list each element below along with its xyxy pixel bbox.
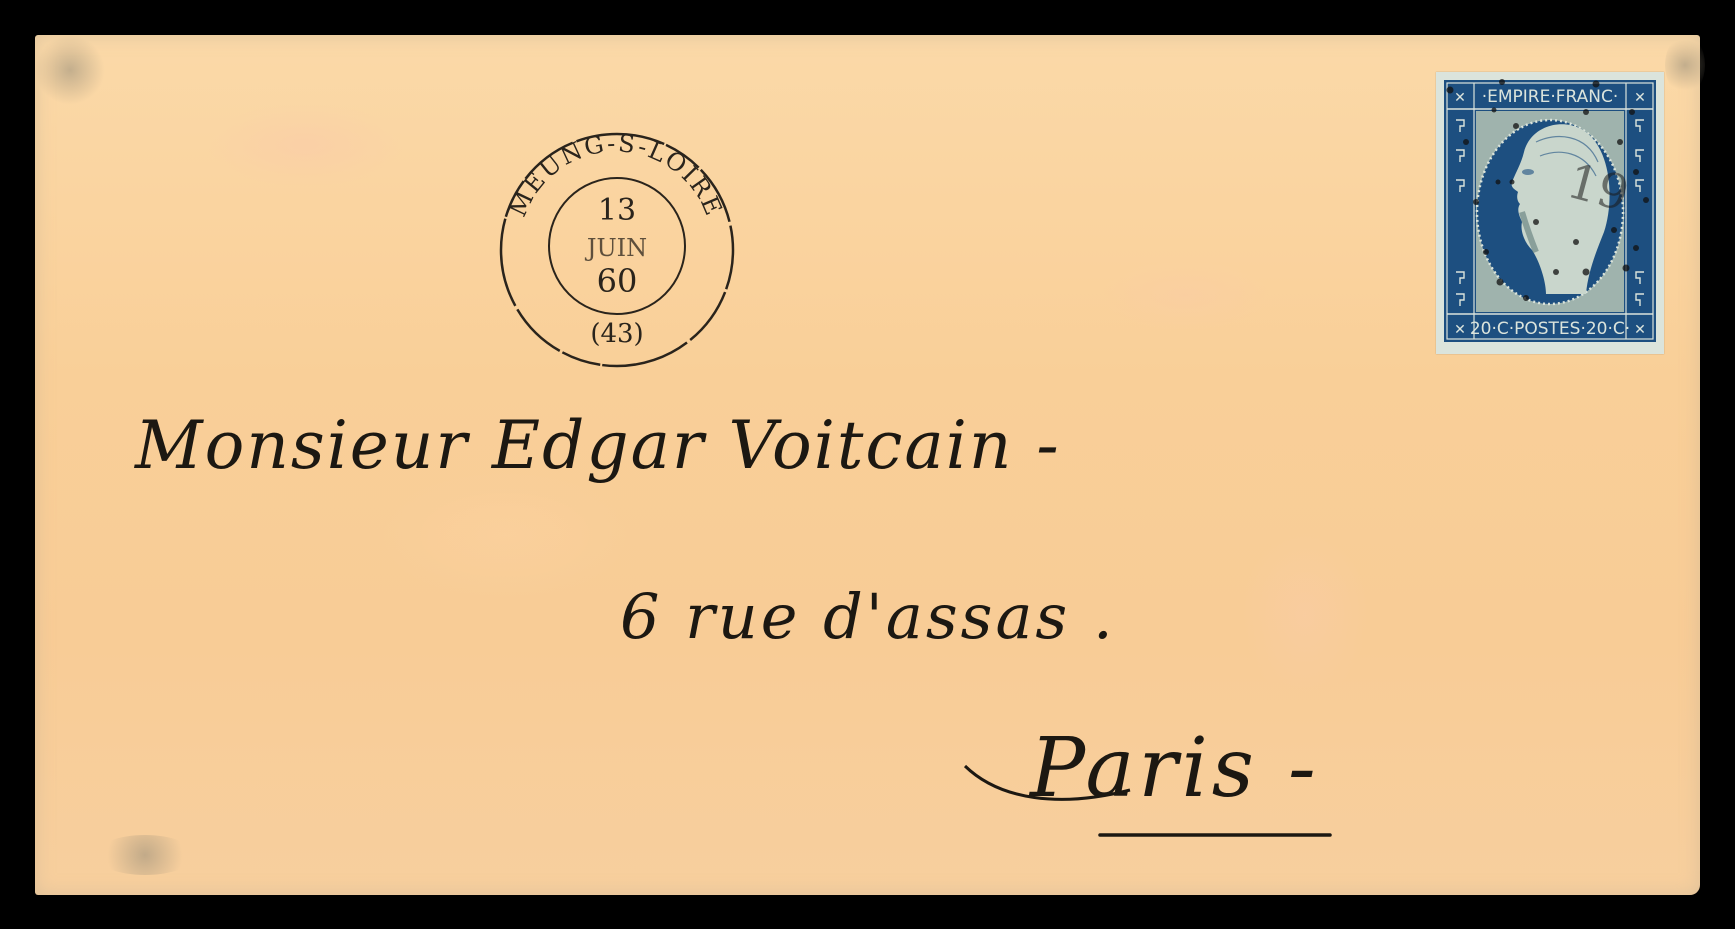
stamp-corner-ornament: ✕ <box>1634 90 1646 106</box>
postmark-department: (43) <box>590 319 643 349</box>
postage-stamp: ·EMPIRE·FRANC· ✕ ✕ 20·C·POSTES·20·C· ✕ ✕… <box>1436 72 1664 354</box>
stamp-corner-ornament: ✕ <box>1454 90 1466 106</box>
postmark-circles: MEUNG-S-LOIRE 13 JUIN 60 (43) <box>495 128 740 373</box>
stamp-design: ·EMPIRE·FRANC· ✕ ✕ 20·C·POSTES·20·C· ✕ ✕… <box>1436 72 1664 354</box>
postmark: MEUNG-S-LOIRE 13 JUIN 60 (43) <box>495 128 740 373</box>
postmark-day: 13 <box>598 193 636 228</box>
stamp-top-inscription: ·EMPIRE·FRANC· <box>1482 87 1619 107</box>
corner-wear <box>1665 35 1705 95</box>
stamp-corner-ornament: ✕ <box>1454 322 1466 338</box>
corner-wear <box>95 835 195 875</box>
stamp-bottom-inscription: 20·C·POSTES·20·C· <box>1470 319 1630 339</box>
postmark-year: 60 <box>597 262 638 300</box>
postmark-month: JUIN <box>584 234 647 262</box>
stamp-corner-ornament: ✕ <box>1634 322 1646 338</box>
corner-wear <box>35 35 105 105</box>
